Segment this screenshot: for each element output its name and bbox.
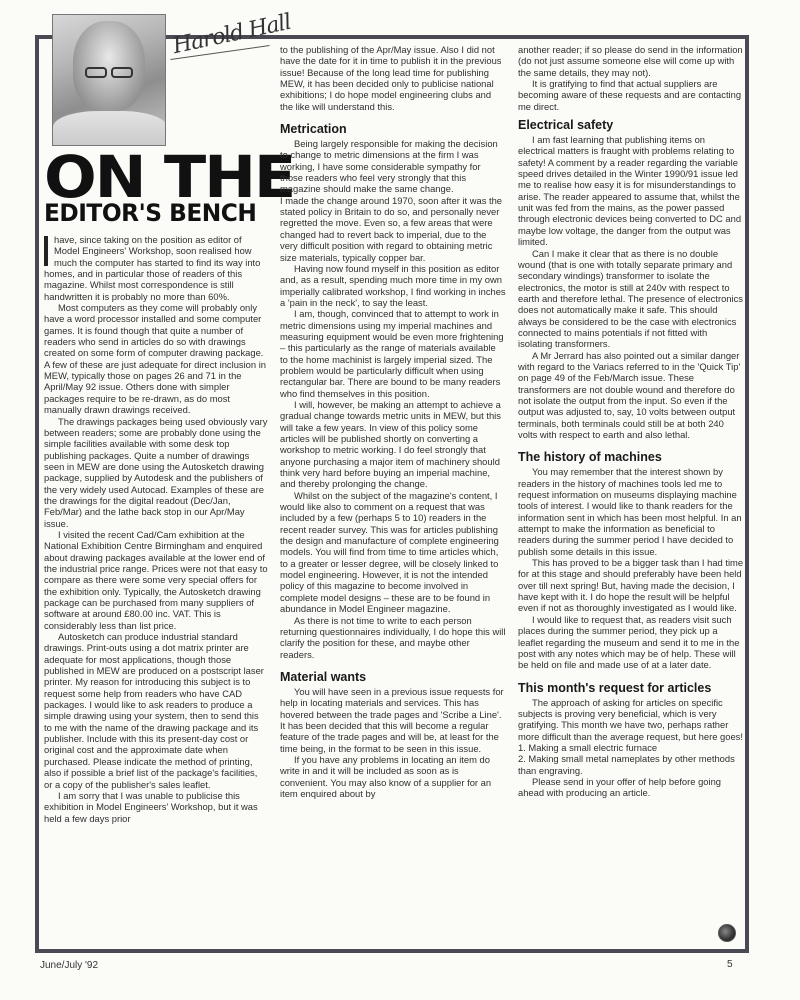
column-1: have, since taking on the position as ed… [44, 234, 268, 824]
column-3: another reader; if so please do send in … [518, 44, 744, 799]
list-item: 2. Making small metal nameplates by othe… [518, 753, 744, 776]
paragraph: Autosketch can produce industrial standa… [44, 631, 268, 790]
page-number: 5 [727, 959, 733, 970]
paragraph: another reader; if so please do send in … [518, 44, 744, 78]
page-title-line1: ON THE [44, 150, 294, 204]
editor-photo [52, 14, 166, 146]
issue-date: June/July '92 [40, 960, 98, 971]
section-heading-metrication: Metrication [280, 122, 506, 136]
paragraph: The approach of asking for articles on s… [518, 697, 744, 742]
paragraph: The drawings packages being used obvious… [44, 416, 268, 529]
photo-glasses [85, 65, 137, 77]
page-title-line2: EDITOR'S BENCH [44, 200, 256, 226]
paragraph: Most computers as they come will probabl… [44, 302, 268, 415]
paragraph: I made the change around 1970, soon afte… [280, 195, 506, 263]
paragraph: to the publishing of the Apr/May issue. … [280, 44, 506, 112]
paragraph: I would like to request that, as readers… [518, 614, 744, 671]
paragraph: Being largely responsible for making the… [280, 138, 506, 195]
section-heading-request-for-articles: This month's request for articles [518, 681, 744, 695]
paragraph: You will have seen in a previous issue r… [280, 686, 506, 754]
paragraph: I visited the recent Cad/Cam exhibition … [44, 529, 268, 631]
end-of-article-logo-icon [718, 924, 736, 942]
paragraph: This has proved to be a bigger task than… [518, 557, 744, 614]
paragraph: You may remember that the interest shown… [518, 466, 744, 557]
photo-shoulders [53, 111, 166, 146]
paragraph: I will, however, be making an attempt to… [280, 399, 506, 490]
section-heading-electrical-safety: Electrical safety [518, 118, 744, 132]
paragraph: If you have any problems in locating an … [280, 754, 506, 799]
paragraph: have, since taking on the position as ed… [44, 234, 268, 302]
paragraph: Having now found myself in this position… [280, 263, 506, 308]
paragraph: I am fast learning that publishing items… [518, 134, 744, 247]
section-heading-material-wants: Material wants [280, 670, 506, 684]
column-2: to the publishing of the Apr/May issue. … [280, 44, 506, 799]
paragraph: I am, though, convinced that to attempt … [280, 308, 506, 399]
paragraph: A Mr Jerrard has also pointed out a simi… [518, 350, 744, 441]
paragraph: Whilst on the subject of the magazine's … [280, 490, 506, 615]
paragraph: It is gratifying to find that actual sup… [518, 78, 744, 112]
paragraph: Can I make it clear that as there is no … [518, 248, 744, 350]
paragraph: Please send in your offer of help before… [518, 776, 744, 799]
drop-cap-i [44, 236, 48, 266]
paragraph: I am sorry that I was unable to publicis… [44, 790, 268, 824]
list-item: 1. Making a small electric furnace [518, 742, 744, 753]
section-heading-history-of-machines: The history of machines [518, 450, 744, 464]
paragraph: As there is not time to write to each pe… [280, 615, 506, 660]
